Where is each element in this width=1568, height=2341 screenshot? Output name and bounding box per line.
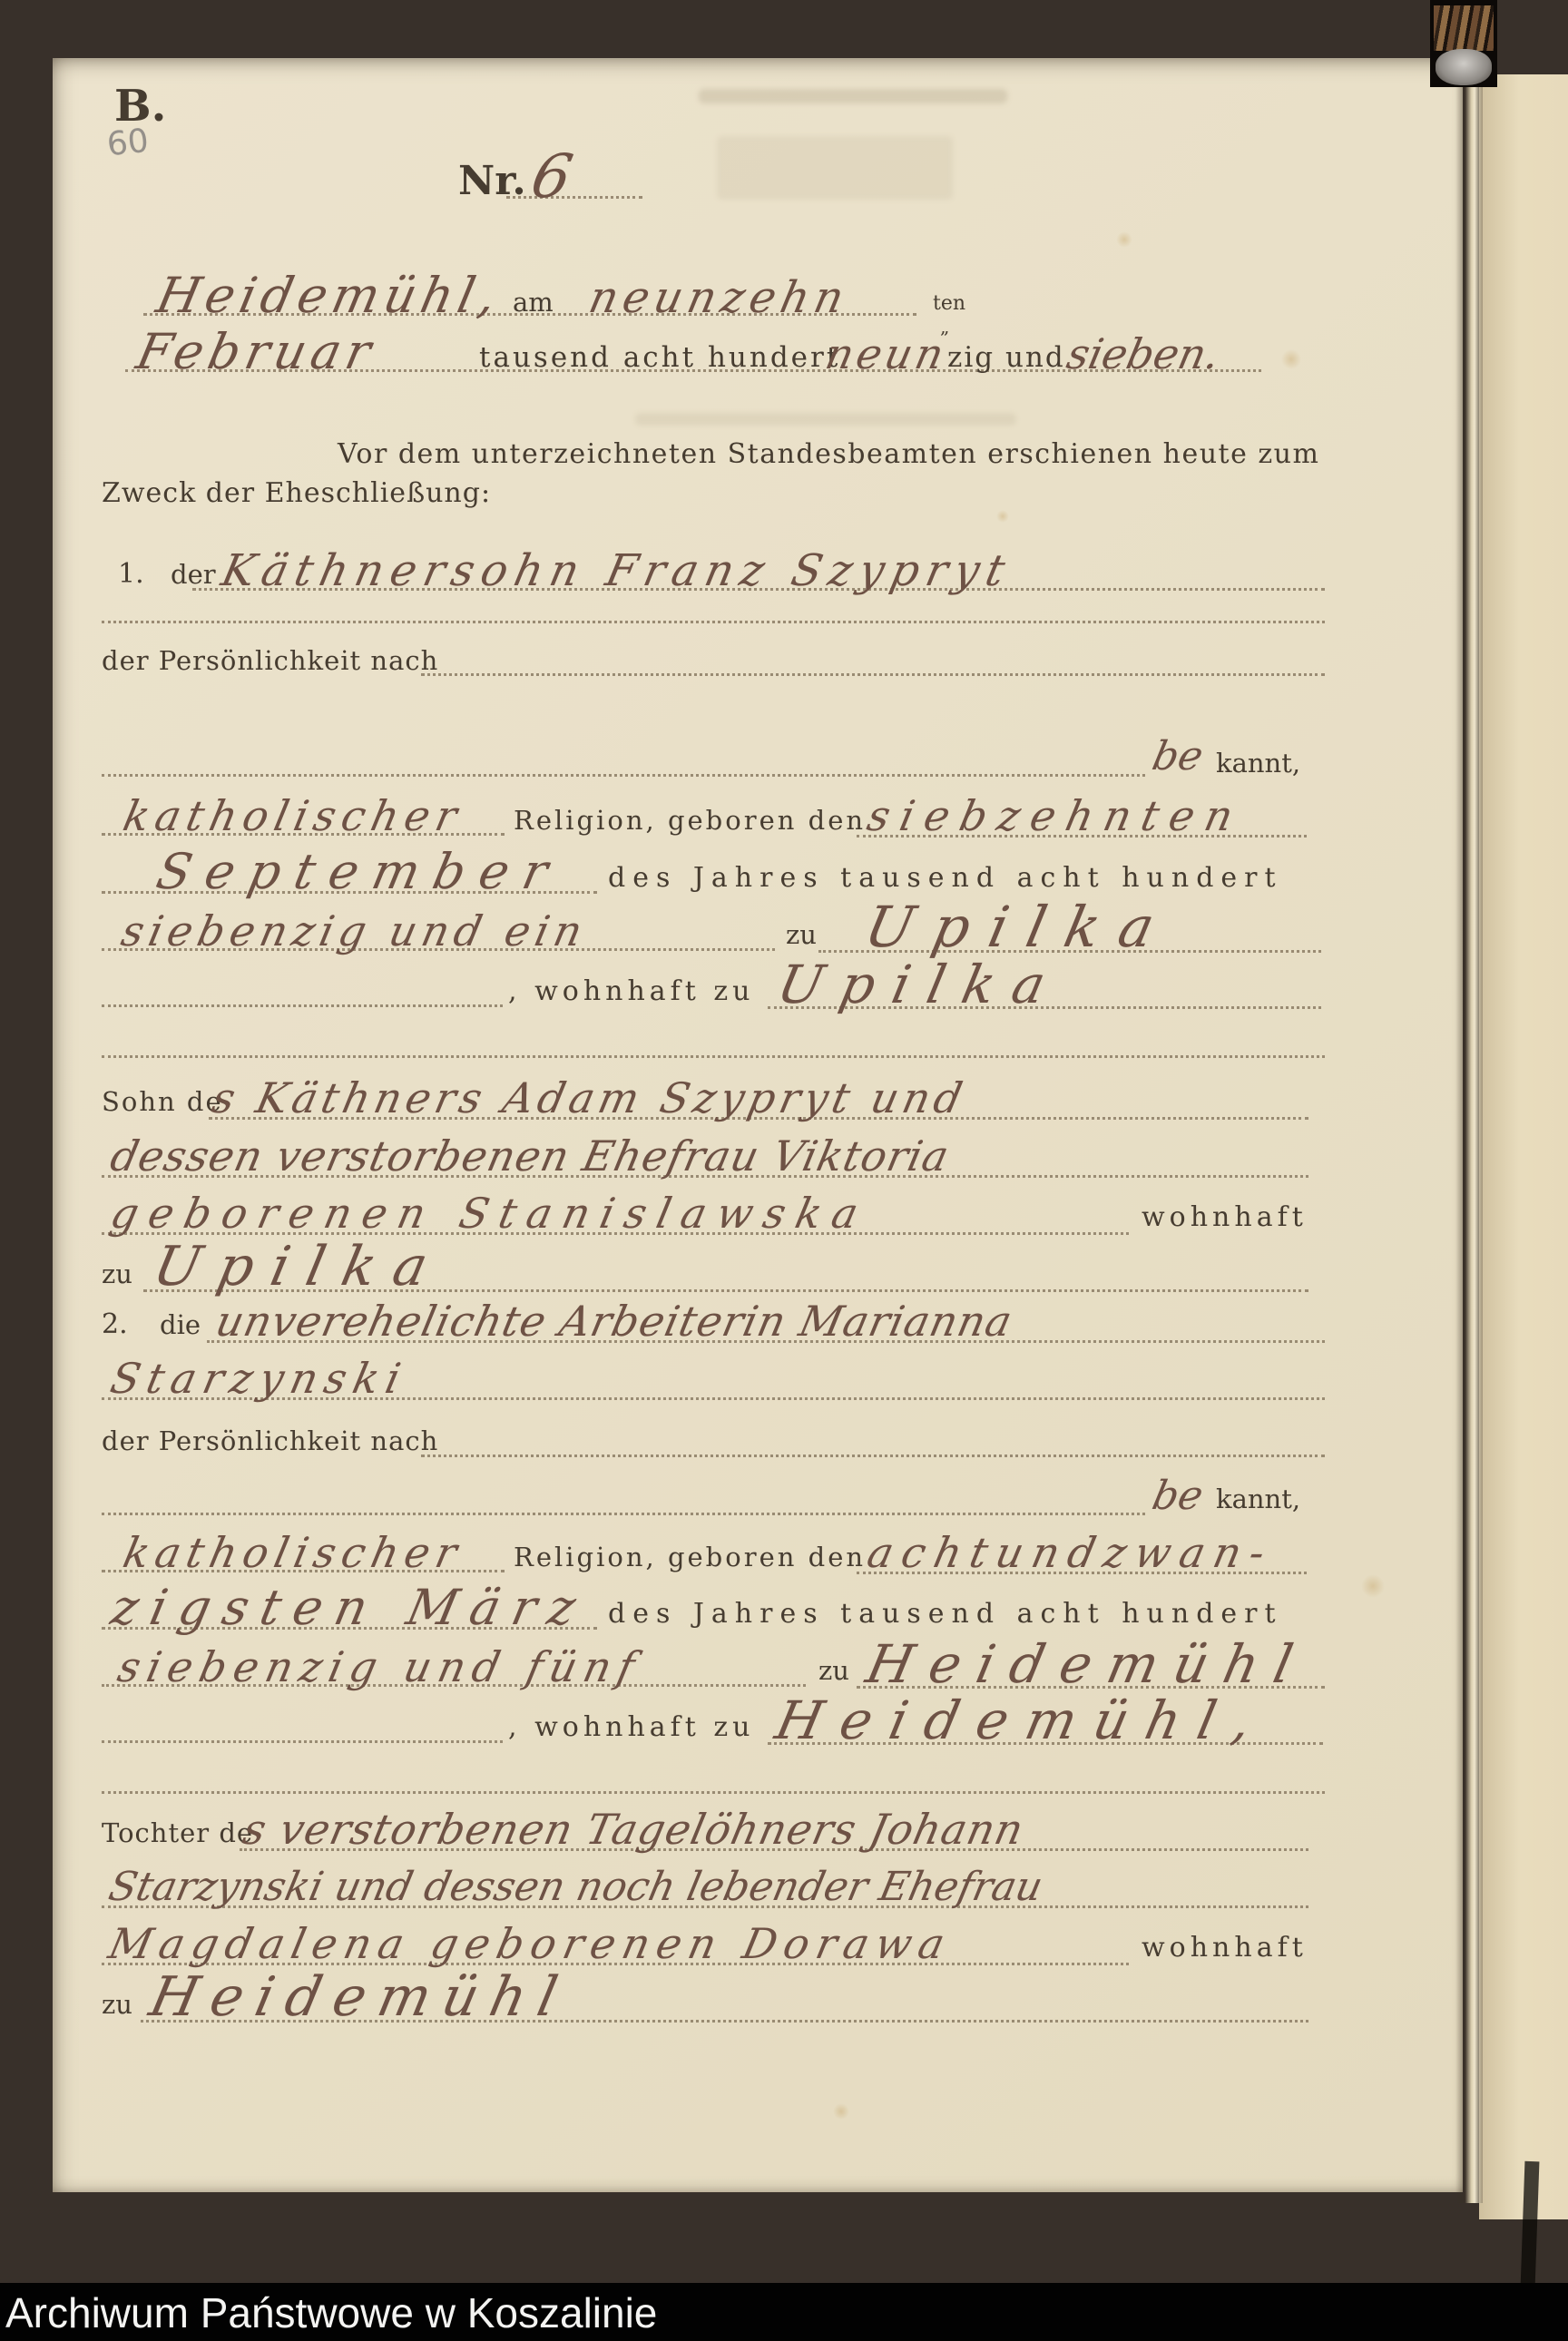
- bride-birth-place-entry: Heidemühl: [862, 1638, 1314, 1690]
- foxing-spot: [996, 510, 1009, 523]
- bride-religion-label: Religion, geboren den: [514, 1544, 866, 1571]
- day-entry: neunzehn: [585, 276, 853, 319]
- bride-residence-rule-a: [102, 1740, 503, 1743]
- book-headband: [1430, 0, 1497, 87]
- bride-lineage-label: Tochter de: [102, 1820, 253, 1846]
- bride-known-entry: be: [1149, 1476, 1207, 1516]
- year-units-entry: sieben.: [1063, 333, 1223, 375]
- groom-residence-rule-a: [102, 1004, 503, 1007]
- place-entry: Heidemühl,: [152, 271, 506, 320]
- foxing-spot: [833, 2103, 849, 2120]
- year-tens-entry: neun: [822, 333, 951, 375]
- groom-zu-label: zu: [786, 922, 817, 948]
- groom-wohnhaft-label: wohnhaft: [1142, 1204, 1308, 1231]
- groom-index: 1.: [118, 561, 144, 588]
- officiant-line-2: Zweck der Eheschließung:: [102, 480, 491, 507]
- groom-known-rule: [102, 774, 1145, 777]
- officiant-line-1: Vor dem unterzeichneten Standesbeamten e…: [338, 441, 1319, 468]
- bride-known-rule: [102, 1513, 1145, 1515]
- bride-parents-residence-entry: Heidemühl: [145, 1970, 574, 2024]
- groom-parents-residence-entry: Upilka: [149, 1239, 450, 1294]
- foxing-spot: [1361, 1574, 1385, 1598]
- groom-religion-label: Religion, geboren den: [514, 808, 866, 834]
- blank-rule: [102, 1055, 1325, 1058]
- groom-lineage-line-3: geborenen Stanislawska: [107, 1192, 873, 1234]
- pencil-number: 60: [105, 125, 150, 162]
- bride-zu-label-2: zu: [102, 1992, 132, 2018]
- groom-birth-place-entry: Upilka: [860, 899, 1179, 955]
- bride-index: 2.: [102, 1311, 128, 1338]
- groom-residence-entry: Upilka: [773, 958, 1068, 1011]
- bleedthrough-ghost: [699, 89, 1007, 103]
- bride-identity-label: der Persönlichkeit nach: [102, 1428, 438, 1455]
- groom-birth-day-entry: siebzehnten: [864, 795, 1248, 837]
- book-gutter-fold: [1455, 69, 1483, 2203]
- bride-lineage-line-2: Starzynski und dessen noch lebender Ehef…: [105, 1867, 1046, 1907]
- bride-article: die: [160, 1312, 201, 1338]
- bride-identity-rule: [421, 1455, 1325, 1457]
- bleedthrough-ghost: [635, 413, 1016, 426]
- archival-scan: B. 60 Nr. 6 Heidemühl, am neunzehn ten „…: [0, 0, 1568, 2341]
- bride-name-line-2: Starzynski: [107, 1357, 411, 1399]
- bride-year-label: des Jahres tausend acht hundert: [608, 1601, 1283, 1628]
- groom-identity-rule: [421, 673, 1325, 676]
- bride-wohnhaft-label: wohnhaft: [1142, 1935, 1308, 1962]
- groom-identity-label: der Persönlichkeit nach: [102, 648, 438, 674]
- groom-religion-entry: katholischer: [120, 795, 467, 837]
- archive-name-label: Archiwum Państwowe w Koszalinie: [5, 2292, 657, 2334]
- bride-known-label: kannt,: [1216, 1486, 1300, 1513]
- groom-known-label: kannt,: [1216, 750, 1300, 777]
- groom-article: der: [171, 562, 216, 588]
- headband-thread: [1436, 49, 1492, 85]
- nr-rule: [506, 196, 642, 199]
- page-edge-shadow: [1521, 2161, 1540, 2288]
- groom-birth-month-entry: September: [152, 847, 566, 896]
- bride-name-line-1: unverehelichte Arbeiterin Marianna: [212, 1300, 1016, 1342]
- foxing-spot: [1281, 349, 1301, 369]
- foxing-spot: [1116, 231, 1132, 248]
- headband-weave: [1434, 5, 1494, 51]
- adjacent-page: [1479, 74, 1568, 2219]
- series-letter: B.: [114, 84, 166, 128]
- groom-residence-label: , wohnhaft zu: [508, 978, 754, 1005]
- am-label: am: [513, 289, 554, 316]
- groom-name-entry: Käthnersohn Franz Szypryt: [218, 549, 1015, 593]
- bride-residence-entry: Heidemühl,: [771, 1694, 1274, 1747]
- groom-lineage-label: Sohn de: [102, 1089, 223, 1115]
- bride-lineage-line-3: Magdalena geborenen Dorawa: [105, 1923, 955, 1964]
- groom-lineage-line-1: s Käthners Adam Szypryt und: [209, 1077, 970, 1119]
- groom-birth-year-entry: siebenzig und ein: [118, 910, 592, 952]
- groom-lineage-line-2: dessen verstorbenen Ehefrau Viktoria: [107, 1135, 953, 1177]
- year-mid-label: zig und: [947, 344, 1065, 372]
- bride-birth-day-line-2: zigsten März: [107, 1583, 593, 1632]
- bride-birth-day-line-1: achtundzwan-: [864, 1532, 1278, 1573]
- bride-religion-entry: katholischer: [120, 1532, 467, 1573]
- groom-zu-label-2: zu: [102, 1261, 132, 1288]
- groom-known-entry: be: [1149, 737, 1207, 777]
- bride-lineage-line-1: s verstorbenen Tagelöhners Johann: [240, 1808, 1027, 1850]
- blank-rule: [102, 1791, 1325, 1794]
- year-prefix-label: tausend acht hundert: [479, 344, 840, 372]
- bride-zu-label: zu: [818, 1658, 849, 1684]
- bleedthrough-ghost: [717, 136, 953, 200]
- bride-birth-year-entry: siebenzig und fünf: [114, 1646, 645, 1688]
- blank-rule: [102, 621, 1325, 623]
- groom-year-label: des Jahres tausend acht hundert: [608, 865, 1283, 892]
- nr-label: Nr.: [458, 162, 526, 201]
- month-entry: Februar: [132, 328, 380, 377]
- bride-residence-label: , wohnhaft zu: [508, 1714, 754, 1741]
- ten-label: ten: [933, 294, 965, 314]
